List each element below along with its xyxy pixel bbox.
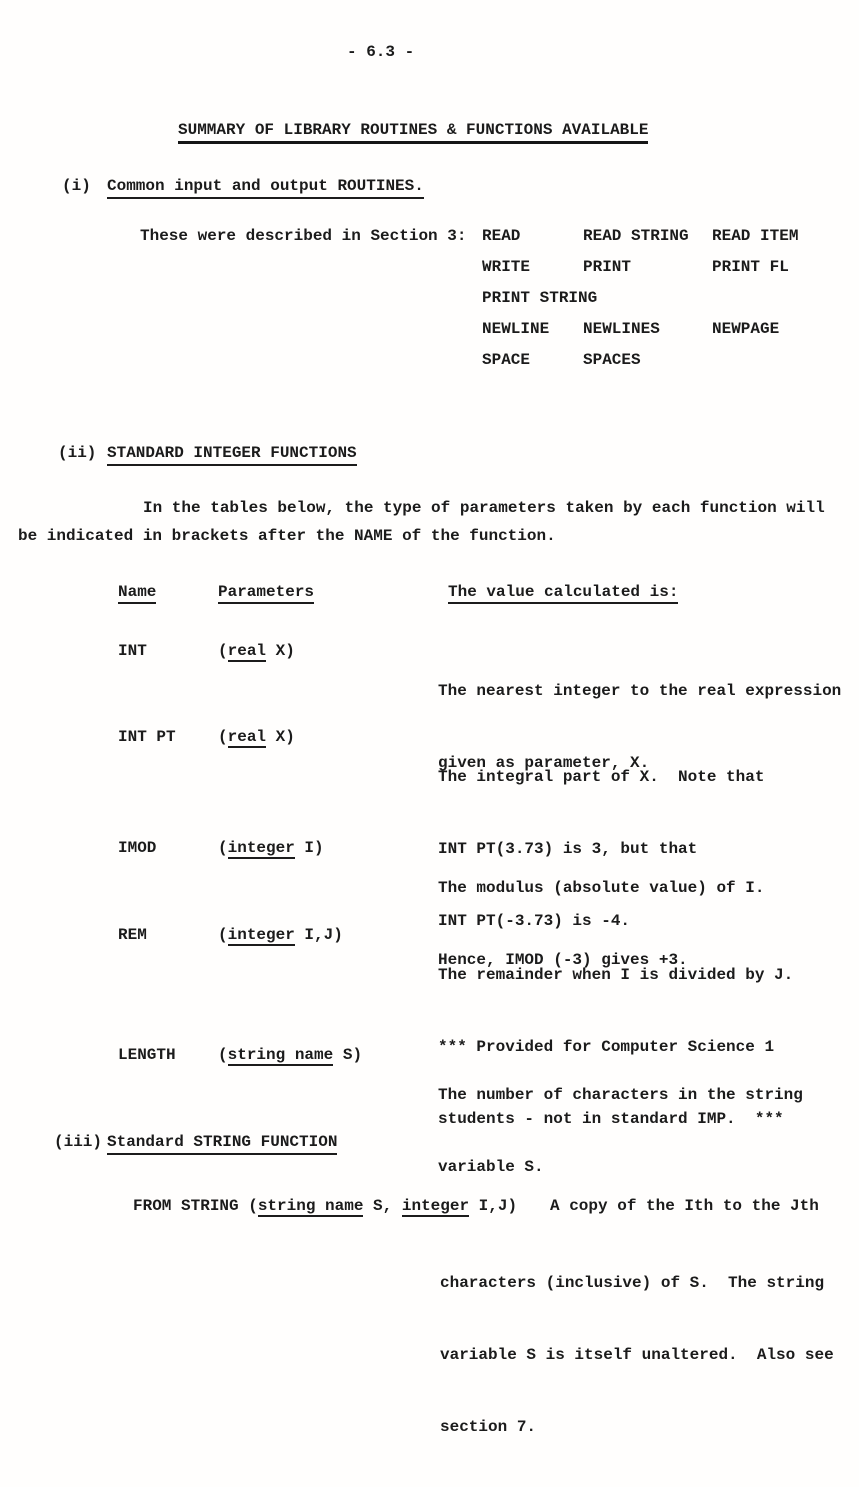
routine-name: PRINT FL <box>712 257 789 277</box>
from-string-description: characters (inclusive) of S. The string … <box>0 1233 859 1293</box>
function-parameters: (real X) <box>218 641 295 661</box>
description-line: The nearest integer to the real expressi… <box>438 681 841 713</box>
param-open: ( <box>218 642 228 660</box>
function-row-int-pt: INT PT (real X) The integral part of X. … <box>0 727 859 827</box>
function-name: IMOD <box>118 838 156 858</box>
parameter-type: string name <box>228 1046 334 1066</box>
section-iii-heading-text: Standard STRING FUNCTION <box>107 1133 337 1155</box>
parameter-type: real <box>228 728 266 748</box>
page-number-line: - 6.3 - <box>0 42 859 102</box>
function-signature: FROM STRING (string name S, integer I,J) <box>133 1196 517 1216</box>
intro-line: be indicated in brackets after the NAME … <box>18 526 556 546</box>
column-header-name: Name <box>118 582 156 602</box>
section-i-intro: These were described in Section 3: <box>140 226 466 246</box>
parameter-type: integer <box>228 839 295 859</box>
function-row-int: INT (real X) The nearest integer to the … <box>0 641 859 741</box>
param-rest: S) <box>333 1046 362 1064</box>
description-line: The modulus (absolute value) of I. <box>438 878 764 910</box>
routine-name: NEWLINES <box>583 319 660 339</box>
description-line: section 7. <box>440 1417 834 1449</box>
routine-name: NEWPAGE <box>712 319 779 339</box>
section-ii-label: (ii) <box>58 443 96 463</box>
column-header-parameters-text: Parameters <box>218 583 314 604</box>
param-rest: X) <box>266 642 295 660</box>
function-parameters: (real X) <box>218 727 295 747</box>
paragraph-line: be indicated in brackets after the NAME … <box>0 526 859 586</box>
page-title-text: SUMMARY OF LIBRARY ROUTINES & FUNCTIONS … <box>178 121 648 144</box>
title-line: SUMMARY OF LIBRARY ROUTINES & FUNCTIONS … <box>0 120 859 180</box>
function-parameters: (integer I,J) <box>218 925 343 945</box>
parameter-type: real <box>228 642 266 662</box>
column-header-name-text: Name <box>118 583 156 604</box>
routine-name: WRITE <box>482 257 530 277</box>
function-row-imod: IMOD (integer I) The modulus (absolute v… <box>0 838 859 938</box>
param-open: ( <box>218 1046 228 1064</box>
column-header-value-text: The value calculated is: <box>448 583 678 604</box>
function-row-length: LENGTH (string name S) The number of cha… <box>0 1045 859 1145</box>
routine-name: READ STRING <box>583 226 689 246</box>
column-header-value: The value calculated is: <box>448 582 678 602</box>
description-line: characters (inclusive) of S. The string <box>440 1273 834 1305</box>
signature-prefix: FROM STRING ( <box>133 1197 258 1215</box>
document-page: - 6.3 - SUMMARY OF LIBRARY ROUTINES & FU… <box>0 0 859 1487</box>
param-open: ( <box>218 839 228 857</box>
parameter-type: integer <box>228 926 295 946</box>
description-line: The remainder when I is divided by J. <box>438 965 793 997</box>
section-iii-label: (iii) <box>54 1132 102 1152</box>
function-parameters: (string name S) <box>218 1045 362 1065</box>
routine-name: NEWLINE <box>482 319 549 339</box>
section-iii-heading: Standard STRING FUNCTION <box>107 1132 337 1152</box>
column-header-parameters: Parameters <box>218 582 314 602</box>
routine-name: PRINT STRING <box>482 288 597 308</box>
section-ii-heading-text: STANDARD INTEGER FUNCTIONS <box>107 444 357 466</box>
section-ii-heading: STANDARD INTEGER FUNCTIONS <box>107 443 357 463</box>
function-description: characters (inclusive) of S. The string … <box>440 1233 834 1487</box>
page-number: - 6.3 - <box>347 42 414 62</box>
parameter-type: string name <box>258 1197 364 1217</box>
intro-line: In the tables below, the type of paramet… <box>143 498 825 518</box>
routine-name: READ <box>482 226 520 246</box>
routine-row: SPACE SPACES <box>0 350 859 430</box>
description-line: The integral part of X. Note that <box>438 767 764 799</box>
section-i-heading-text: Common input and output ROUTINES. <box>107 177 424 199</box>
function-name: INT PT <box>118 727 176 747</box>
function-row-rem: REM (integer I,J) The remainder when I i… <box>0 925 859 1025</box>
page-title: SUMMARY OF LIBRARY ROUTINES & FUNCTIONS … <box>178 120 648 140</box>
param-open: ( <box>218 728 228 746</box>
parameter-type: integer <box>402 1197 469 1217</box>
routine-name: SPACES <box>583 350 641 370</box>
signature-suffix: I,J) <box>469 1197 517 1215</box>
param-rest: I,J) <box>295 926 343 944</box>
section-i-label: (i) <box>62 176 91 196</box>
function-name: LENGTH <box>118 1045 176 1065</box>
description-line: A copy of the Ith to the Jth <box>550 1196 819 1216</box>
signature-mid: S, <box>363 1197 401 1215</box>
param-open: ( <box>218 926 228 944</box>
routine-name: READ ITEM <box>712 226 798 246</box>
param-rest: X) <box>266 728 295 746</box>
routine-name: PRINT <box>583 257 631 277</box>
description-line: The number of characters in the string <box>438 1085 803 1117</box>
param-rest: I) <box>295 839 324 857</box>
section-i-heading: Common input and output ROUTINES. <box>107 176 424 196</box>
function-name: INT <box>118 641 147 661</box>
description-line: variable S is itself unaltered. Also see <box>440 1345 834 1377</box>
function-parameters: (integer I) <box>218 838 324 858</box>
routine-name: SPACE <box>482 350 530 370</box>
function-name: REM <box>118 925 147 945</box>
